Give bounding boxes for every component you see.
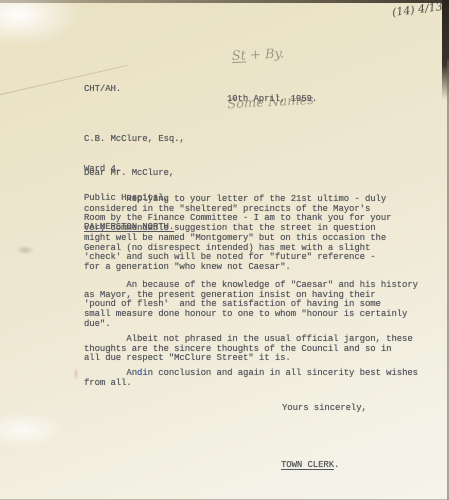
- signature-period: .: [334, 460, 339, 470]
- closing: Yours sincerely,: [282, 404, 367, 414]
- pencil-word-st: St: [231, 48, 246, 64]
- paragraph-4: Andin conclusion and again in all sincer…: [84, 369, 418, 388]
- pencil-annotation: St + By. Some Names: [230, 13, 316, 145]
- signature-title: TOWN CLERK: [281, 460, 334, 470]
- smudge-mark-pink: [74, 367, 78, 381]
- recipient-name: C.B. McClure, Esq.,: [84, 135, 185, 145]
- letter-page: (14) 4/13 St + By. Some Names CHT/AH. 10…: [0, 0, 449, 500]
- file-reference: CHT/AH.: [84, 85, 121, 95]
- letter-date: 10th April, 1959.: [227, 95, 317, 105]
- paragraph-3: Albeit not phrased in the usual official…: [84, 335, 413, 364]
- paragraph-1: Replying to your letter of the 21st ulti…: [84, 195, 391, 273]
- salutation: Dear Mr. McClure,: [84, 169, 174, 179]
- signature-block: TOWN CLERK.: [281, 461, 339, 471]
- smudge-mark: [16, 246, 34, 254]
- pencil-annotation-line1: St + By.: [231, 45, 311, 65]
- pencil-word-rest: + By.: [246, 46, 285, 63]
- ink-correction-mark: di: [137, 368, 148, 378]
- paragraph-4-start: An: [84, 368, 137, 378]
- paragraph-2: An because of the knowledge of "Caesar" …: [84, 281, 418, 330]
- paper-edge-top: [0, 0, 449, 3]
